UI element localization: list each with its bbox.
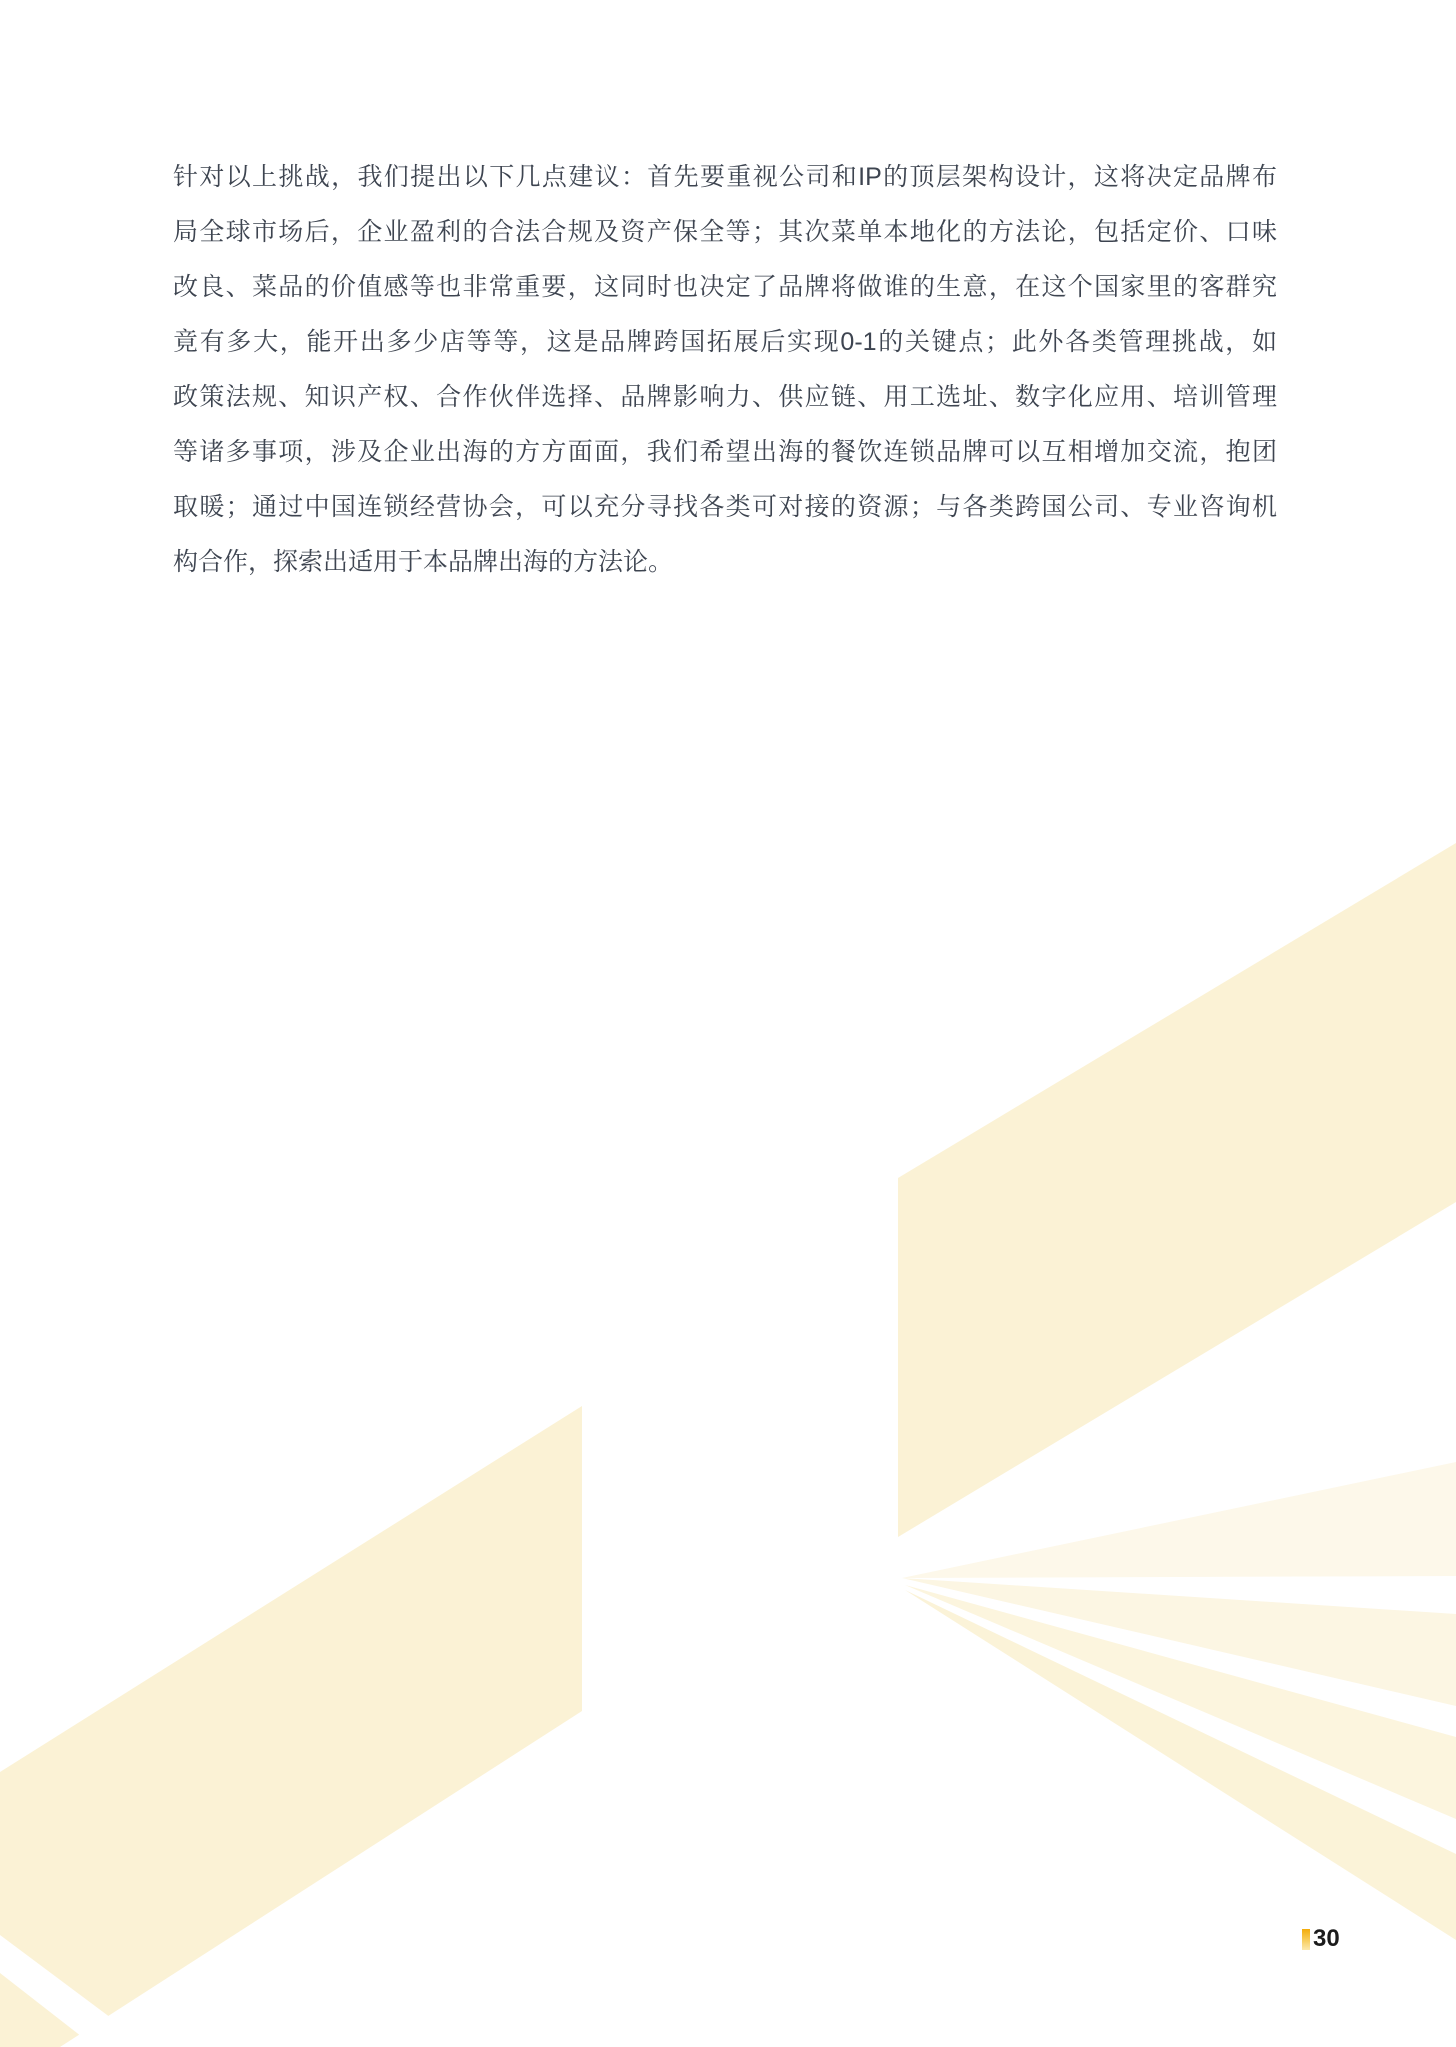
decor-ray-3 (905, 1585, 1456, 1819)
page-number-marker-icon (1302, 1929, 1310, 1950)
decor-corner-gap (0, 1935, 150, 2047)
page-number: 30 (1313, 1926, 1340, 1952)
decor-band-top-right (898, 843, 1456, 1537)
body-paragraph: 针对以上挑战，我们提出以下几点建议：首先要重视公司和IP的顶层架构设计，这将决定… (173, 150, 1277, 590)
page-footer: 30 (1302, 1926, 1340, 1952)
paragraph-line: 取暖；通过中国连锁经营协会，可以充分寻找各类可对接的资源；与各类跨国公司、专业咨… (173, 480, 1277, 535)
paragraph-line: 局全球市场后，企业盈利的合法合规及资产保全等；其次菜单本地化的方法论，包括定价、… (173, 205, 1277, 260)
decor-ray-2 (902, 1578, 1456, 1706)
paragraph-line: 竟有多大，能开出多少店等等，这是品牌跨国拓展后实现0-1的关键点；此外各类管理挑… (173, 315, 1277, 370)
paragraph-line: 改良、菜品的价值感等也非常重要，这同时也决定了品牌将做谁的生意，在这个国家里的客… (173, 260, 1277, 315)
paragraph-line: 等诸多事项，涉及企业出海的方方面面，我们希望出海的餐饮连锁品牌可以互相增加交流，… (173, 425, 1277, 480)
paragraph-line: 构合作，探索出适用于本品牌出海的方法论。 (173, 535, 1277, 590)
paragraph-line: 针对以上挑战，我们提出以下几点建议：首先要重视公司和IP的顶层架构设计，这将决定… (173, 150, 1277, 205)
document-page: { "paragraph": { "lines": [ "针对以上挑战，我们提出… (0, 0, 1456, 2047)
paragraph-line: 政策法规、知识产权、合作伙伴选择、品牌影响力、供应链、用工选址、数字化应用、培训… (173, 370, 1277, 425)
decor-ray-1 (902, 1462, 1456, 1578)
decor-ray-4 (905, 1590, 1456, 1940)
decor-chevron-bottom-left (0, 1406, 582, 2047)
